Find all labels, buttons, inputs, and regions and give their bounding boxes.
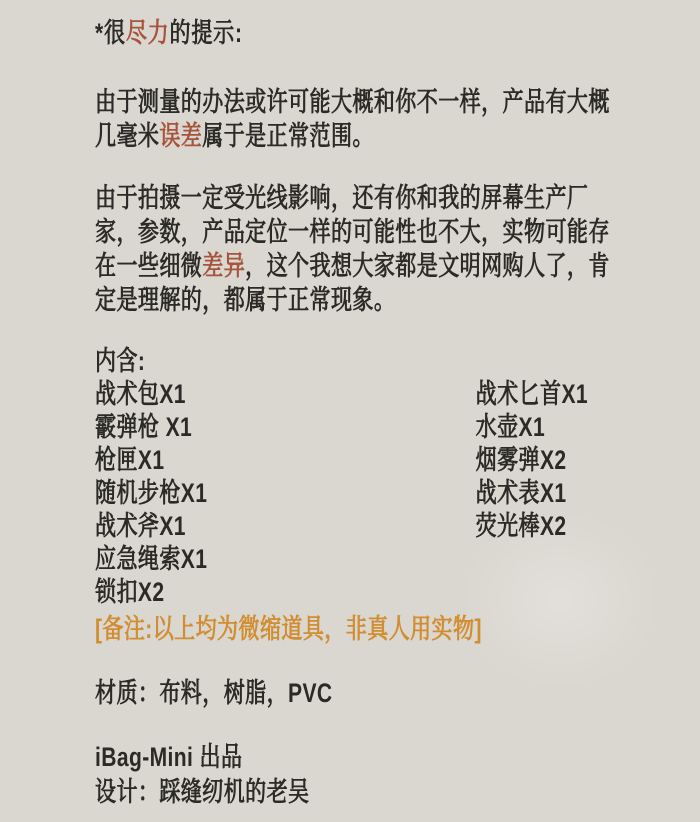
list-item: 荧光棒X2: [476, 510, 614, 543]
list-item: 霰弹枪 X1: [95, 411, 476, 444]
paragraph1-highlight: 误差: [159, 121, 202, 151]
card-content: *很尽力的提示: 由于测量的办法或许可能大概和你不一样，产品有大概几毫米误差属于…: [95, 0, 614, 810]
list-item: 战术表X1: [476, 477, 614, 510]
product-notice-card: *很尽力的提示: 由于测量的办法或许可能大概和你不一样，产品有大概几毫米误差属于…: [0, 0, 700, 822]
page-title: *很尽力的提示:: [95, 0, 614, 49]
list-item: 应急绳索X1: [95, 543, 476, 576]
list-item: 烟雾弹X2: [476, 444, 614, 477]
contents-section: 内含: 战术包X1 霰弹枪 X1 枪匣X1 随机步枪X1 战术斧X1 应急绳索X…: [95, 345, 614, 609]
measurement-disclaimer: 由于测量的办法或许可能大概和你不一样，产品有大概几毫米误差属于是正常范围。: [95, 85, 614, 153]
designer-line: 设计：踩缝纫机的老吴: [95, 775, 614, 810]
contents-left-column: 战术包X1 霰弹枪 X1 枪匣X1 随机步枪X1 战术斧X1 应急绳索X1 锁扣…: [95, 378, 476, 609]
contents-right-column: 战术匕首X1 水壶X1 烟雾弹X2 战术表X1 荧光棒X2: [476, 378, 614, 609]
contents-heading: 内含:: [95, 345, 614, 378]
list-item: 随机步枪X1: [95, 477, 476, 510]
list-item: 枪匣X1: [95, 444, 476, 477]
footer-credits: iBag-Mini 出品 设计：踩缝纫机的老吴: [95, 740, 614, 810]
contents-columns: 战术包X1 霰弹枪 X1 枪匣X1 随机步枪X1 战术斧X1 应急绳索X1 锁扣…: [95, 378, 614, 609]
list-item: 锁扣X2: [95, 576, 476, 609]
title-prefix: *很: [95, 18, 126, 48]
paragraph2-highlight: 差异: [202, 251, 245, 281]
title-highlight: 尽力: [126, 18, 170, 48]
material-line: 材质：布料，树脂，PVC: [95, 676, 614, 710]
list-item: 战术包X1: [95, 378, 476, 411]
paragraph1-post: 属于是正常范围。: [202, 121, 374, 151]
photography-disclaimer: 由于拍摄一定受光线影响，还有你和我的屏幕生产厂家，参数，产品定位一样的可能性也不…: [95, 181, 614, 317]
producer-line: iBag-Mini 出品: [95, 740, 614, 775]
list-item: 战术匕首X1: [476, 378, 614, 411]
title-suffix: 的提示:: [170, 18, 243, 48]
list-item: 战术斧X1: [95, 510, 476, 543]
list-item: 水壶X1: [476, 411, 614, 444]
miniature-props-note: [备注:以上均为微缩道具，非真人用实物]: [95, 612, 614, 646]
